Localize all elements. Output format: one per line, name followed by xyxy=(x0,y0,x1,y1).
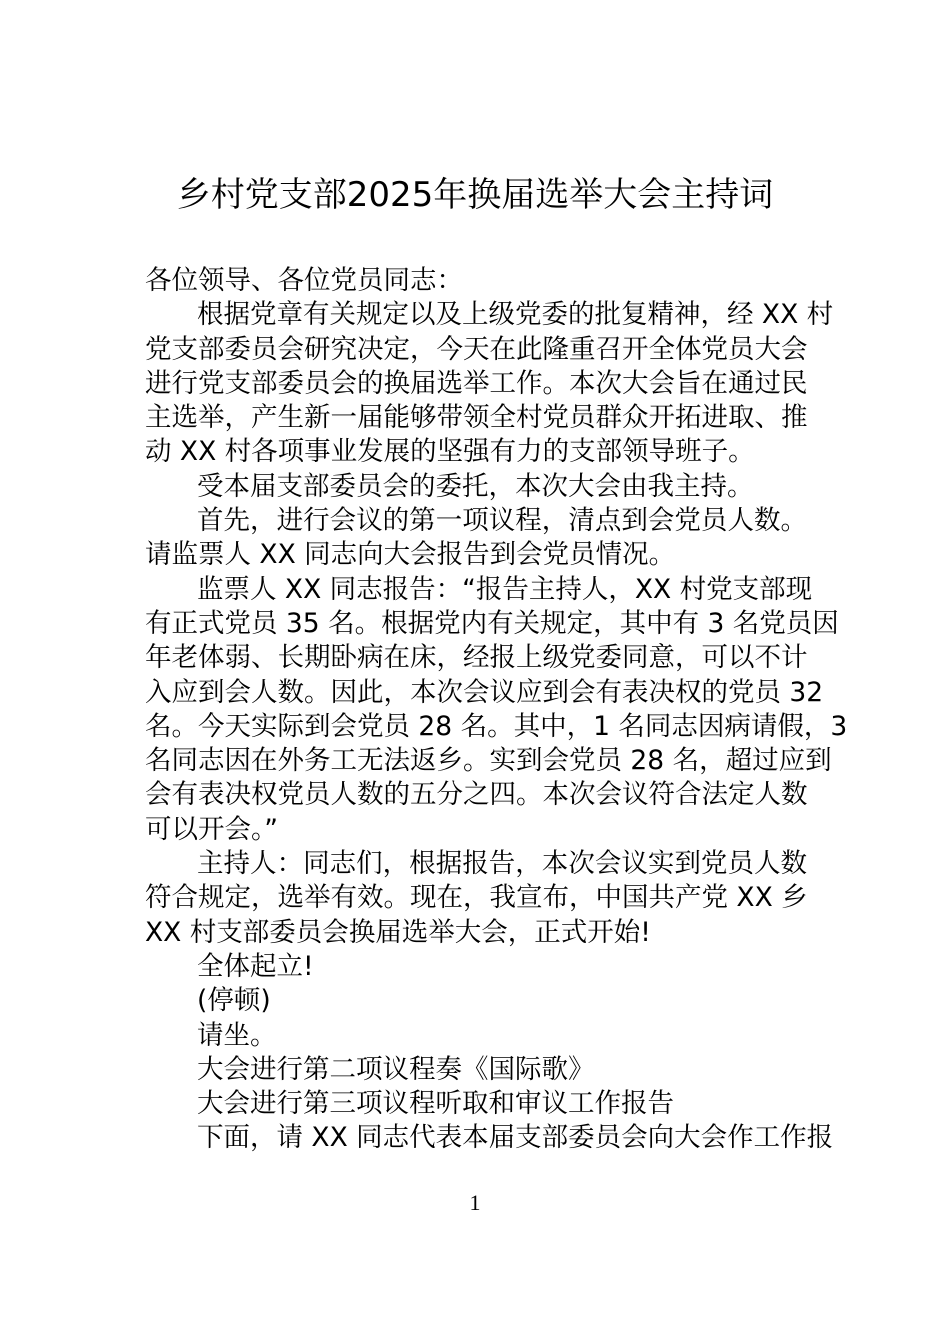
document-body: 各位领导、各位党员同志： 根据党章有关规定以及上级党委的批复精神，经 XX 村 … xyxy=(145,264,807,1156)
document-title: 乡村党支部2025年换届选举大会主持词 xyxy=(0,172,950,218)
paragraph-line: 党支部委员会研究决定，今天在此隆重召开全体党员大会 xyxy=(145,333,807,367)
paragraph-line: 可以开会。” xyxy=(145,813,807,847)
paragraph-line: (停顿) xyxy=(145,984,807,1018)
paragraph-line: 有正式党员 35 名。根据党内有关规定，其中有 3 名党员因 xyxy=(145,607,807,641)
page-number: 1 xyxy=(0,1188,950,1218)
paragraph-line: 动 XX 村各项事业发展的坚强有力的支部领导班子。 xyxy=(145,435,807,469)
paragraph-line: 请监票人 XX 同志向大会报告到会党员情况。 xyxy=(145,538,807,572)
paragraph-line: 会有表决权党员人数的五分之四。本次会议符合法定人数 xyxy=(145,778,807,812)
paragraph-line: XX 村支部委员会换届选举大会，正式开始! xyxy=(145,916,807,950)
paragraph-line: 下面，请 XX 同志代表本届支部委员会向大会作工作报 xyxy=(145,1121,807,1155)
paragraph-line: 首先，进行会议的第一项议程，清点到会党员人数。 xyxy=(145,504,807,538)
paragraph-line: 符合规定，选举有效。现在，我宣布，中国共产党 XX 乡 xyxy=(145,881,807,915)
paragraph-line: 进行党支部委员会的换届选举工作。本次大会旨在通过民 xyxy=(145,367,807,401)
paragraph-line: 名。今天实际到会党员 28 名。其中，1 名同志因病请假，3 xyxy=(145,710,807,744)
paragraph-line: 主持人：同志们，根据报告，本次会议实到党员人数 xyxy=(145,847,807,881)
paragraph-line: 大会进行第二项议程奏《国际歌》 xyxy=(145,1053,807,1087)
paragraph-line: 请坐。 xyxy=(145,1019,807,1053)
paragraph-line: 受本届支部委员会的委托，本次大会由我主持。 xyxy=(145,470,807,504)
salutation-line: 各位领导、各位党员同志： xyxy=(145,264,807,298)
document-page: 乡村党支部2025年换届选举大会主持词 各位领导、各位党员同志： 根据党章有关规… xyxy=(0,0,950,1344)
paragraph-line: 全体起立! xyxy=(145,950,807,984)
paragraph-line: 根据党章有关规定以及上级党委的批复精神，经 XX 村 xyxy=(145,298,807,332)
paragraph-line: 大会进行第三项议程听取和审议工作报告 xyxy=(145,1087,807,1121)
paragraph-line: 年老体弱、长期卧病在床，经报上级党委同意，可以不计 xyxy=(145,641,807,675)
paragraph-line: 入应到会人数。因此，本次会议应到会有表决权的党员 32 xyxy=(145,676,807,710)
paragraph-line: 监票人 XX 同志报告：“报告主持人，XX 村党支部现 xyxy=(145,573,807,607)
paragraph-line: 主选举，产生新一届能够带领全村党员群众开拓进取、推 xyxy=(145,401,807,435)
paragraph-line: 名同志因在外务工无法返乡。实到会党员 28 名，超过应到 xyxy=(145,744,807,778)
